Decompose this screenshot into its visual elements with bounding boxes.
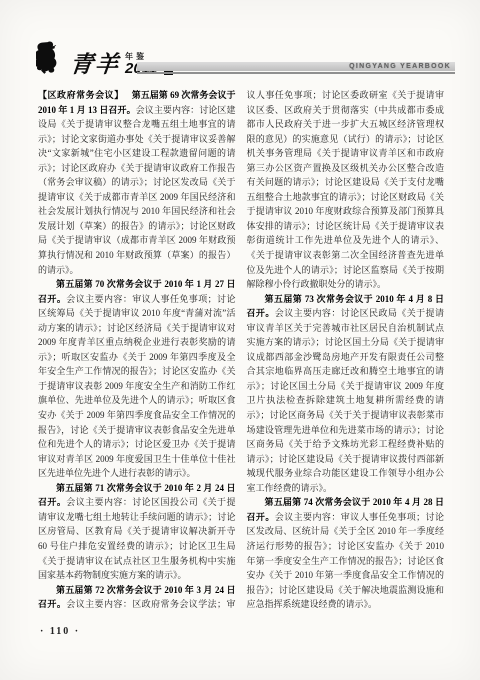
entry-title: 【区政府常务会议】 — [38, 90, 124, 100]
meeting-paragraph: 第五届第 74 次常务会议于 2010 年 4 月 28 日召开。会议主要内容：… — [247, 495, 445, 611]
entry-paragraph: 【区政府常务会议】第五届第 69 次常务会议于 2010 年 1 月 13 日召… — [38, 88, 236, 277]
meeting-73-body: 会议主要内容：讨论区民政局《关于提请审议青羊区关于完善城市社区居民自治机制试点实… — [247, 308, 445, 493]
logo-title-qingyang: 青羊 — [69, 53, 121, 76]
header-rule — [137, 72, 455, 74]
page-number: · 110 · — [40, 626, 80, 637]
meeting-71-body: 会议主要内容：讨论区国投公司《关于提请审议龙嘴七组土地转让手续问题的请示》；讨论… — [38, 497, 236, 580]
meeting-paragraph: 第五届第 73 次常务会议于 2010 年 4 月 8 日召开。会议主要内容：讨… — [247, 292, 445, 496]
meeting-70-body: 会议主要内容：审议人事任免事项；讨论区统筹局《关于提请审议 2010 年度“青蒲… — [38, 294, 236, 479]
page-header: 青羊 年鉴 2011 QINGYANG YEARBOOK — [0, 0, 480, 86]
meeting-69-body: 会议主要内容：讨论区建设局《关于提请审议整合龙嘴五组土地事宜的请示》；讨论文家街… — [38, 105, 236, 275]
yearbook-page: 青羊 年鉴 2011 QINGYANG YEARBOOK 【区政府常务会议】第五… — [0, 0, 480, 680]
meeting-paragraph: 第五届第 71 次常务会议于 2010 年 2 月 24 日召开。会议主要内容：… — [38, 481, 236, 583]
body-text-columns: 【区政府常务会议】第五届第 69 次常务会议于 2010 年 1 月 13 日召… — [38, 88, 444, 612]
meeting-paragraph: 第五届第 70 次常务会议于 2010 年 1 月 27 日召开。会议主要内容：… — [38, 277, 236, 481]
meeting-74-body: 会议主要内容：审议人事任免事项；讨论区发改局、区统计局《关于全区 2010 年一… — [247, 512, 445, 609]
header-banner-text: QINGYANG YEARBOOK — [349, 62, 455, 71]
goat-brush-logo-icon — [36, 40, 66, 76]
header-gray-band: QINGYANG YEARBOOK — [137, 62, 455, 71]
